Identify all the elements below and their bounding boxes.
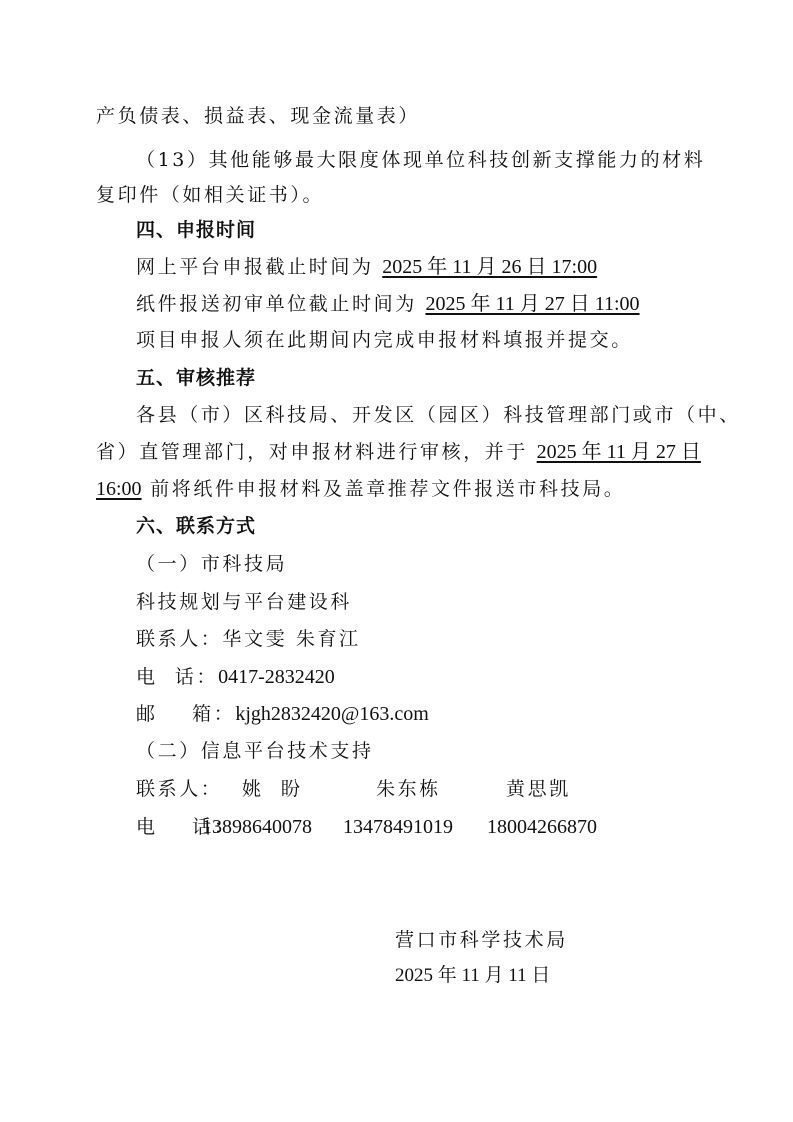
- tech-phone-line: 电 话： 13898640078 13478491019 18004266870: [136, 815, 235, 839]
- phone-number: 13898640078: [202, 815, 312, 839]
- online-deadline-prefix: 网上平台申报截止时间为: [136, 256, 374, 278]
- contact-label: 联系人：: [136, 628, 222, 650]
- contact-label: 联系人：: [136, 778, 222, 800]
- contact-name: 黄思凯: [506, 777, 571, 801]
- email-label: 邮 箱：: [136, 703, 235, 725]
- online-deadline: 2025 年 11 月 26 日 17:00: [382, 256, 597, 278]
- review-deadline-time: 16:00: [96, 478, 142, 500]
- phone-line: 电 话：0417-2832420: [136, 665, 335, 689]
- contact-name: 姚 盼: [242, 777, 302, 801]
- text-line: 项目申报人须在此期间内完成申报材料填报并提交。: [136, 328, 633, 352]
- paper-deadline: 2025 年 11 月 27 日 11:00: [425, 293, 639, 315]
- signature-date: 2025 年 11 月 11 日: [395, 964, 550, 988]
- phone-label: 电 话：: [136, 666, 218, 688]
- contact-line: 联系人：华文雯 朱育江: [136, 627, 361, 651]
- phone-number: 0417-2832420: [218, 666, 335, 688]
- text-line: 各县（市）区科技局、开发区（园区）科技管理部门或市（中、: [136, 403, 741, 427]
- review-deadline-line-2: 16:00 前将纸件申报材料及盖章推荐文件报送市科技局。: [96, 477, 625, 501]
- contact-names: 华文雯 朱育江: [222, 628, 360, 650]
- text-line: 产负债表、损益表、现金流量表）: [96, 104, 420, 128]
- text-line: （13）其他能够最大限度体现单位科技创新支撑能力的材料: [136, 148, 705, 172]
- phone-number: 18004266870: [487, 815, 597, 839]
- online-deadline-line: 网上平台申报截止时间为 2025 年 11 月 26 日 17:00: [136, 255, 597, 279]
- department: 科技规划与平台建设科: [136, 590, 352, 614]
- review-prefix: 省）直管理部门，对申报材料进行审核，并于: [96, 441, 528, 463]
- tech-contact-line: 联系人： 姚 盼 朱东栋 黄思凯: [136, 777, 222, 801]
- text-line: 复印件（如相关证书）。: [96, 183, 324, 207]
- signature-org: 营口市科学技术局: [395, 928, 568, 952]
- phone-number: 13478491019: [343, 815, 453, 839]
- review-suffix: 前将纸件申报材料及盖章推荐文件报送市科技局。: [150, 478, 625, 500]
- review-deadline-date: 2025 年 11 月 27 日: [537, 441, 701, 463]
- contact-name: 朱东栋: [376, 777, 441, 801]
- section-heading-6: 六、联系方式: [136, 514, 256, 538]
- paper-deadline-prefix: 纸件报送初审单位截止时间为: [136, 293, 417, 315]
- email-address[interactable]: kjgh2832420@163.com: [235, 703, 428, 725]
- email-line: 邮 箱：kjgh2832420@163.com: [136, 702, 429, 726]
- subsection-title-2: （二）信息平台技术支持: [136, 739, 374, 763]
- section-heading-4: 四、申报时间: [136, 218, 256, 242]
- subsection-title-1: （一）市科技局: [136, 552, 287, 576]
- review-deadline-line: 省）直管理部门，对申报材料进行审核，并于 2025 年 11 月 27 日: [96, 440, 701, 464]
- section-heading-5: 五、审核推荐: [136, 366, 256, 390]
- paper-deadline-line: 纸件报送初审单位截止时间为 2025 年 11 月 27 日 11:00: [136, 292, 640, 316]
